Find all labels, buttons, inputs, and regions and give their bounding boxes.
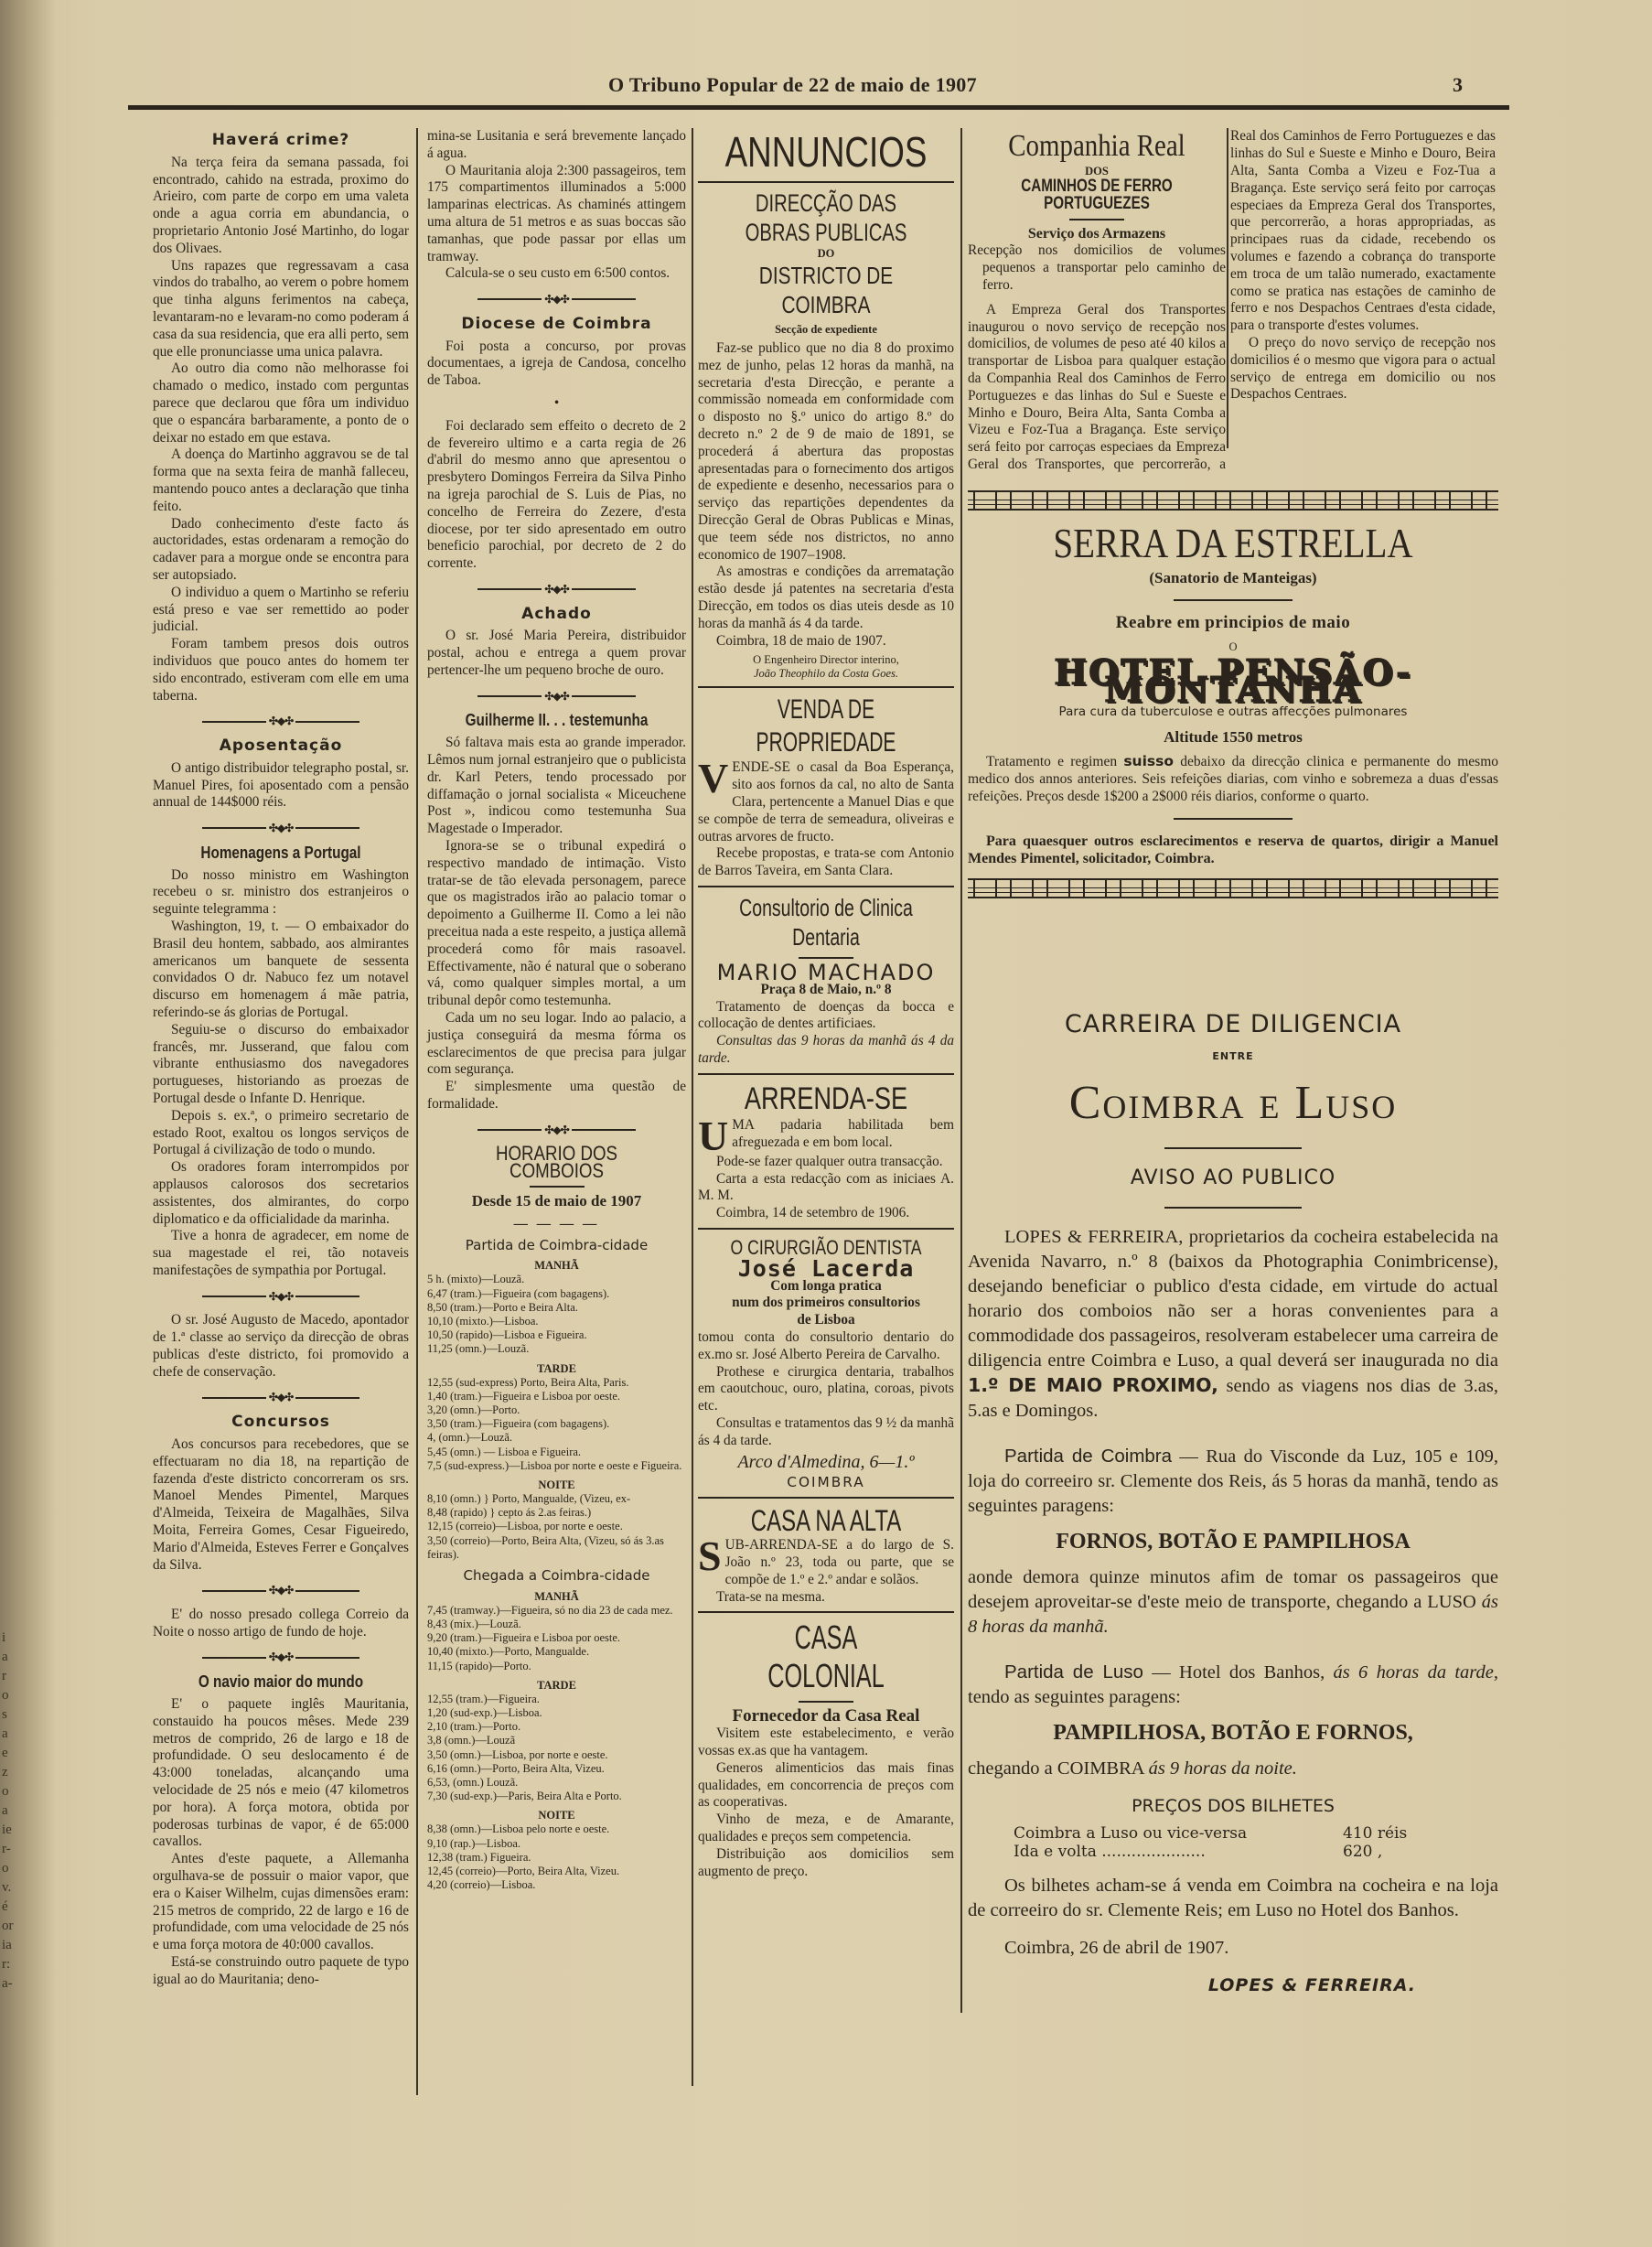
rule [698,1073,954,1075]
paragraph: Trata-se na mesma. [698,1589,954,1607]
partida-title: Partida de Coimbra-cidade [427,1237,686,1254]
paragraph: Distribuição aos domicilios sem augmento… [698,1846,954,1881]
paragraph: Foi posta a concurso, por provas documen… [427,339,686,390]
paragraph: Do nosso ministro em Washington recebeu … [153,867,409,919]
timetable-entry: 5,45 (omn.) — Lisboa e Figueira. [427,1446,686,1459]
paragraph: Ao outro dia como não melhorasse foi cha… [153,360,409,446]
diligencia-ad: CARREIRA DE DILIGENCIA ENTRE Coimbra e L… [968,1006,1498,1998]
paragraph: A doença do Martinho aggravou se de tal … [153,446,409,515]
paragraph: Depois s. ex.ª, o primeiro secretario de… [153,1108,409,1159]
margin-letter: o [2,1686,18,1705]
timetable-entry: 3,50 (omn.)—Lisboa, por norte e oeste. [427,1748,686,1762]
paragraph: chegando a COIMBRA ás 9 horas da noite. [968,1757,1498,1781]
aviso-ao-publico: AVISO AO PUBLICO [968,1166,1498,1190]
chain-border [968,490,1498,511]
timetable-entry: 9,10 (rap.)—Lisboa. [427,1837,686,1851]
timetable-entry: 6,16 (omn.)—Porto, Beira Alta, Vizeu. [427,1762,686,1776]
dash-rule: — — — — [427,1216,686,1233]
timetable-entry: 11,25 (omn.)—Louzã. [427,1342,686,1356]
headline-guilherme: Guilherme II. . . testemunha [446,712,667,729]
paragraph: E' o paquete inglês Mauritania, constaui… [153,1696,409,1851]
timetable-entry: 8,38 (omn.)—Lisboa pelo norte e oeste. [427,1822,686,1836]
rule [698,686,954,688]
paragraph: Foram tambem presos dois outros individu… [153,636,409,704]
serra-contact: Para quaesquer outros esclarecimentos e … [968,833,1498,867]
paragraph: Tive a honra de agradecer, em nome de su… [153,1228,409,1279]
ornament-divider: ✣◆✣ [153,819,409,837]
paragraph: Consultas e tratamentos das 9 ½ da manhã… [698,1415,954,1450]
margin-letter: o [2,1782,18,1801]
paragraph: Faz-se publico que no dia 8 do proximo m… [698,340,954,564]
bullet-separator: • [427,395,686,413]
paragraph: Antes d'este paquete, a Allemanha orgulh… [153,1851,409,1954]
paragraph: Partida de Coimbra — Rua do Visconde da … [968,1444,1498,1519]
ornament-divider: ✣◆✣ [427,290,686,308]
margin-letter: or [2,1917,18,1936]
ornament-divider: ✣◆✣ [427,687,686,705]
timetable-entry: 7,45 (tramway.)—Figueira, só no dia 23 d… [427,1604,686,1618]
margin-letter: r- [2,1840,18,1859]
rule [799,957,853,959]
margin-letter: i [2,1629,18,1648]
text-italic: ás 6 horas da tarde, [1334,1662,1498,1683]
timetable-entry: 3,50 (tram.)—Figueira (com bagagens). [427,1417,686,1431]
paragraph: Foi declarado sem effeito o decreto de 2… [427,418,686,573]
article-havera-crime: Na terça feira da semana passada, foi en… [153,155,409,705]
paragraph: Na terça feira da semana passada, foi en… [153,155,409,258]
column-3: ANNUNCIOS DIRECÇÃO DAS OBRAS PUBLICAS DO… [698,128,954,1880]
paragraph: As amostras e condições da arrematação e… [698,564,954,632]
paragraph: E' do nosso presado collega Correio da N… [153,1607,409,1641]
margin-letter: r [2,1667,18,1686]
rule [1174,599,1293,601]
margin-letter: a [2,1801,18,1821]
companhia-subtitle: CAMINHOS DE FERRO PORTUGUEZES [993,178,1200,213]
paragraph: A Empreza Geral dos Transportes inauguro… [968,302,1226,474]
serra-title: SERRA DA ESTRELLA [1008,518,1459,569]
headline-diocese: Diocese de Coimbra [427,316,686,333]
paragraph: Só faltava mais esta ao grande imperador… [427,735,686,838]
paragraph: ENDE-SE o casal da Boa Esperança, sito a… [698,759,954,844]
timetable-entry: 5 h. (mixto)—Louzã. [427,1273,686,1286]
timetable-list: 5 h. (mixto)—Louzã.6,47 (tram.)—Figueira… [427,1273,686,1356]
column-divider [1227,128,1228,448]
timetable-list: 8,38 (omn.)—Lisboa pelo norte e oeste.9,… [427,1822,686,1892]
ornament-divider: ✣◆✣ [153,1581,409,1599]
serra-subtitle: (Sanatorio de Manteigas) [968,569,1498,586]
rule [1164,1207,1302,1209]
price-route: Ida e volta ..................... [1014,1843,1343,1861]
section-label: TARDE [427,1679,686,1693]
headline-homenagens: Homenagens a Portugal [172,844,390,862]
dateline: Coimbra, 18 de maio de 1907. [698,633,954,650]
rule [698,886,954,887]
timetable-entry: 10,50 (rapido)—Lisboa e Figueira. [427,1328,686,1342]
subtitle: num dos primeiros consultorios [698,1295,954,1312]
paragraph: Visitem este estabelecimento, e verão vo… [698,1726,954,1760]
paragraph: LOPES & FERREIRA, proprietarios da coche… [968,1225,1498,1424]
paragraph: tomou conta do consultorio dentario do e… [698,1329,954,1364]
paragraph: mina-se Lusitania e será brevemente lanç… [427,128,686,163]
ornament-divider: ✣◆✣ [153,1287,409,1306]
paragraph: A Empreza Geral dos Transportes inauguro… [1230,128,1496,335]
serra-altitude: Altitude 1550 metros [968,728,1498,746]
page-number: 3 [1453,73,1463,97]
section-label: NOITE [427,1478,686,1492]
paragraph: Washington, 19, t. — O embaixador do Bra… [153,919,409,1022]
timetable-entry: 12,55 (tram.)—Figueira. [427,1693,686,1706]
timetable-entry: 10,40 (mixto.)—Porto, Mangualde. [427,1645,686,1659]
companhia-real-continued: A Empreza Geral dos Transportes inauguro… [1230,128,1496,403]
timetable-entry: 11,15 (rapido)—Porto. [427,1660,686,1673]
timetable-entry: 8,43 (mix.)—Louzã. [427,1618,686,1631]
paragraph: MA padaria habilitada bem afreguezada e … [732,1117,954,1150]
paragraph-continued: A Empreza Geral dos Transportes inauguro… [1230,128,1496,335]
paragraph: Cada um no seu logar. Indo ao palacio, a… [427,1010,686,1079]
page-header: O Tribuno Popular de 22 de maio de 1907 … [119,71,1464,99]
dentist-address: Arco d'Almedina, 6—1.º [698,1454,954,1471]
timetable-entry: 12,15 (correio)—Lisboa, por norte e oest… [427,1520,686,1533]
paragraph: aonde demora quinze minutos afim de toma… [968,1565,1498,1640]
margin-letter: a- [2,1974,18,1994]
text-bold: 1.º DE MAIO PROXIMO, [968,1374,1218,1396]
margin-letter: é [2,1898,18,1917]
column-2: mina-se Lusitania e será brevemente lanç… [427,128,686,1893]
timetable-entry: 7,30 (sud-exp.)—Paris, Beira Alta e Port… [427,1790,686,1803]
timetable-entry: 1,20 (sud-exp.)—Lisboa. [427,1706,686,1720]
margin-letter: s [2,1705,18,1725]
diligencia-route: Coimbra e Luso [968,1076,1498,1131]
paragraph: Vinho de meza, e de Amarante, qualidades… [698,1812,954,1846]
timetable-list: 7,45 (tramway.)—Figueira, só no dia 23 d… [427,1604,686,1673]
paragraph: Recebe propostas, e trata-se com Antonio… [698,845,954,880]
arrenda-title: ARRENDA-SE [724,1080,928,1117]
stops-return: PAMPILHOSA, BOTÃO E FORNOS, [968,1721,1498,1746]
timetable-entry: 12,45 (correio)—Porto, Beira Alta, Vizeu… [427,1865,686,1878]
chegada-title: Chegada a Coimbra-cidade [427,1567,686,1585]
margin-letter: ia [2,1936,18,1955]
margin-letter: e [2,1744,18,1763]
paragraph: O Mauritania aloja 2:300 passageiros, te… [427,163,686,266]
margin-letter: a [2,1725,18,1744]
paragraph: E' simplesmente uma questão de formalida… [427,1079,686,1113]
horario-title: HORARIO DOS COMBOIOS [446,1145,667,1180]
diligencia-entre: ENTRE [968,1044,1498,1069]
column-divider [416,128,418,2095]
paragraph: Recepção nos domicilios de volumes peque… [968,242,1226,294]
paragraph: O sr. José Augusto de Macedo, apontador … [153,1312,409,1381]
timetable-entry: 2,10 (tram.)—Porto. [427,1720,686,1734]
price-row: Ida e volta .....................620 , [1014,1843,1498,1861]
text: Tratamento e regimen [986,754,1123,769]
newspaper-title: O Tribuno Popular de 22 de maio de 1907 [608,73,977,97]
arrenda-body: UMA padaria habilitada bem afreguezada e… [698,1117,954,1152]
rule [698,1611,954,1613]
margin-letter: r: [2,1955,18,1974]
section-label: TARDE [427,1362,686,1376]
chain-border [968,878,1498,898]
price-table: Coimbra a Luso ou vice-versa410 réisIda … [968,1824,1498,1861]
timetable-entry: 8,10 (omn.) } Porto, Mangualde, (Vizeu, … [427,1492,686,1506]
timetable-list: 12,55 (tram.)—Figueira.1,20 (sud-exp.)—L… [427,1693,686,1804]
text: Partida de Coimbra [1004,1446,1172,1467]
serra-estrella-ad: SERRA DA ESTRELLA (Sanatorio de Manteiga… [968,490,1498,898]
header-rule [128,105,1509,110]
timetable-entry: 6,53, (omn.) Louzã. [427,1776,686,1790]
paragraph: Prothese e cirurgica dentaria, trabalhos… [698,1364,954,1415]
timetable-entry: 10,10 (mixto.)—Lisboa. [427,1315,686,1328]
dentaria-title: Consultorio de Clinica Dentaria [730,893,922,951]
margin-letter: z [2,1763,18,1782]
timetable-entry: 8,48 (rapido) } cepto ás 2.as feiras.) [427,1506,686,1520]
text: Partida de Luso [1004,1661,1143,1683]
paragraph: Tratamento de doenças da bocca e colloca… [698,999,954,1034]
ornament-divider: ✣◆✣ [427,580,686,598]
headline-navio: O navio maior do mundo [172,1673,390,1691]
rule [698,1497,954,1499]
subtitle: Com longa pratica [698,1278,954,1296]
timetable-list: 8,10 (omn.) } Porto, Mangualde, (Vizeu, … [427,1492,686,1562]
headline-concursos: Concursos [153,1414,409,1431]
paragraph: Consultas das 9 horas da manhã ás 4 da t… [698,1033,954,1068]
dropcap: S [698,1539,722,1574]
timetable-entry: 9,20 (tram.)—Figueira e Lisboa por oeste… [427,1631,686,1645]
section-label: MANHÃ [427,1590,686,1604]
obras-title: DIRECÇÃO DAS OBRAS PUBLICAS [730,188,922,247]
dropcap: V [698,761,728,796]
margin-letter: ie [2,1821,18,1840]
rule [698,1228,954,1230]
text-italic: ás 9 horas da noite. [1149,1758,1297,1779]
paragraph: Calcula-se o seu custo em 6:500 contos. [427,265,686,283]
precos-title: PREÇOS DOS BILHETES [968,1794,1498,1819]
timetable-entry: 12,55 (sud-express) Porto, Beira Alta, P… [427,1376,686,1390]
section-label: NOITE [427,1809,686,1822]
rule [530,1186,585,1188]
column-divider [960,128,962,2013]
price-route: Coimbra a Luso ou vice-versa [1014,1824,1343,1843]
text-bold: suisso [1123,753,1174,769]
stops-outbound: FORNOS, BOTÃO E PAMPILHOSA [968,1530,1498,1554]
text: LOPES & FERREIRA, proprietarios da coche… [968,1227,1498,1371]
price-row: Coimbra a Luso ou vice-versa410 réis [1014,1824,1498,1843]
headline-havera-crime: Haverá crime? [153,132,409,149]
subtitle: de Lisboa [698,1312,954,1329]
timetable-list: 12,55 (sud-express) Porto, Beira Alta, P… [427,1376,686,1473]
signer-title: O Engenheiro Director interino, [698,653,954,667]
dentist-name: José Lacerda [698,1261,954,1278]
price-value: 620 , [1343,1843,1382,1861]
paragraph: Seguiu-se o discurso do embaixador franc… [153,1022,409,1108]
paragraph: Uns rapazes que regressavam a casa vindo… [153,258,409,361]
paragraph: O antigo distribuidor telegrapho postal,… [153,760,409,812]
obras-seccao: Secção de expediente [698,323,954,337]
paragraph: O individuo a quem o Martinho se referiu… [153,585,409,636]
paragraph: Os bilhetes acham-se á venda em Coimbra … [968,1874,1498,1923]
signer-name: João Theophilo da Costa Goes. [698,667,954,681]
ornament-divider: ✣◆✣ [153,712,409,730]
rule [799,1701,853,1703]
margin-letter: a [2,1648,18,1667]
headline-achado: Achado [427,606,686,623]
timetable-entry: 4,20 (correio)—Lisboa. [427,1878,686,1892]
timetable-entry: 3,20 (omn.)—Porto. [427,1403,686,1417]
paragraph: UB-ARRENDA-SE a do largo de S. João n.º … [725,1537,954,1587]
paragraph: Ignora-se se o tribunal expedirá o respe… [427,838,686,1010]
rule [698,181,954,183]
paragraph: Tratamento e regimen suisso debaixo da d… [968,753,1498,805]
paragraph: O sr. José Maria Pereira, distribuidor p… [427,628,686,679]
dentist-name: MARIO MACHADO [698,964,954,982]
serra-reabre: Reabre em principios de maio [968,614,1498,631]
margin-letter: o [2,1859,18,1878]
timetable-entry: 4, (omn.)—Louzã. [427,1431,686,1445]
text: aonde demora quinze minutos afim de toma… [968,1567,1498,1612]
timetable-entry: 12,38 (tram.) Figueira. [427,1851,686,1865]
obras-do: DO [698,247,954,261]
margin-letters: iarosaezoaier-ov.éoriar:a- [2,1629,18,1994]
timetable-entry: 3,8 (omn.)—Louzã [427,1734,686,1747]
column-1: Haverá crime? Na terça feira da semana p… [153,128,409,1989]
dateline: Coimbra, 26 de abril de 1907. [968,1936,1498,1961]
companhia-title: Companhia Real [987,128,1207,165]
text: — Hotel dos Banhos, [1143,1662,1334,1683]
ornament-divider: ✣◆✣ [153,1389,409,1407]
paragraph: Dado conhecimento d'este facto ás auctor… [153,516,409,585]
paragraph: Partida de Luso — Hotel dos Banhos, ás 6… [968,1660,1498,1710]
column-divider [692,128,693,2086]
section-label: MANHÃ [427,1259,686,1273]
paragraph: Está-se construindo outro paquete de typ… [153,1954,409,1989]
servico-armazens: Serviço dos Armazens [968,226,1226,243]
paragraph: Aos concursos para recebedores, que se e… [153,1436,409,1574]
rule [1164,1147,1302,1149]
rule [1174,818,1293,820]
price-value: 410 réis [1343,1824,1407,1843]
ornament-divider: ✣◆✣ [427,1121,686,1139]
ornament-divider: ✣◆✣ [153,1649,409,1667]
obras-district: DISTRICTO DE COIMBRA [724,261,928,319]
cirurgiao-title: O CIRURGIÃO DENTISTA [724,1235,928,1261]
dropcap: U [698,1119,728,1154]
colonial-title: CASA COLONIAL [736,1618,916,1695]
paragraph: O preço do novo serviço de recepção nos … [1230,335,1496,403]
city: COIMBRA [698,1474,954,1491]
text: tendo as seguintes paragens: [968,1687,1181,1707]
margin-letter: v. [2,1878,18,1898]
venda-title: VENDA DE PROPRIEDADE [736,693,916,759]
paragraph: Carta a esta redacção com as iniciaes A.… [698,1171,954,1206]
serra-cura: Para cura da tuberculose e outras affecç… [968,704,1498,721]
casa-alta-title: CASA NA ALTA [730,1504,922,1537]
timetable-entry: 3,50 (correio)—Porto, Beira Alta, (Vizeu… [427,1534,686,1562]
signature: LOPES & FERREIRA. [968,1973,1416,1998]
timetable-entry: 8,50 (tram.)—Porto e Beira Alta. [427,1301,686,1315]
rule [1069,219,1124,220]
casa-alta-body: SUB-ARRENDA-SE a do largo de S. João n.º… [698,1537,954,1588]
timetable-entry: 7,5 (sud-express.)—Lisboa por norte e oe… [427,1459,686,1473]
text: chegando a COIMBRA [968,1758,1149,1779]
horario-subtitle: Desde 15 de maio de 1907 [427,1193,686,1210]
companhia-real-ad: Companhia Real DOS CAMINHOS DE FERRO POR… [968,128,1226,474]
colonial-subtitle: Fornecedor da Casa Real [698,1708,954,1726]
timetable-entry: 6,47 (tram.)—Figueira (com bagagens). [427,1287,686,1301]
paragraph: Generos alimenticios das mais finas qual… [698,1760,954,1812]
paragraph: Os oradores foram interrompidos por appl… [153,1159,409,1228]
dateline: Coimbra, 14 de setembro de 1906. [698,1205,954,1222]
annuncios-heading: ANNUNCIOS [724,128,928,176]
hotel-name: HOTEL PENSÃO-MONTANHA [968,663,1498,698]
paragraph: Pode-se fazer qualquer outra transacção. [698,1154,954,1171]
timetable-entry: 1,40 (tram.)—Figueira e Lisboa por oeste… [427,1390,686,1403]
diligencia-title: CARREIRA DE DILIGENCIA [968,1012,1498,1037]
headline-aposentacao: Aposentação [153,737,409,755]
venda-body: VENDE-SE o casal da Boa Esperança, sito … [698,759,954,845]
